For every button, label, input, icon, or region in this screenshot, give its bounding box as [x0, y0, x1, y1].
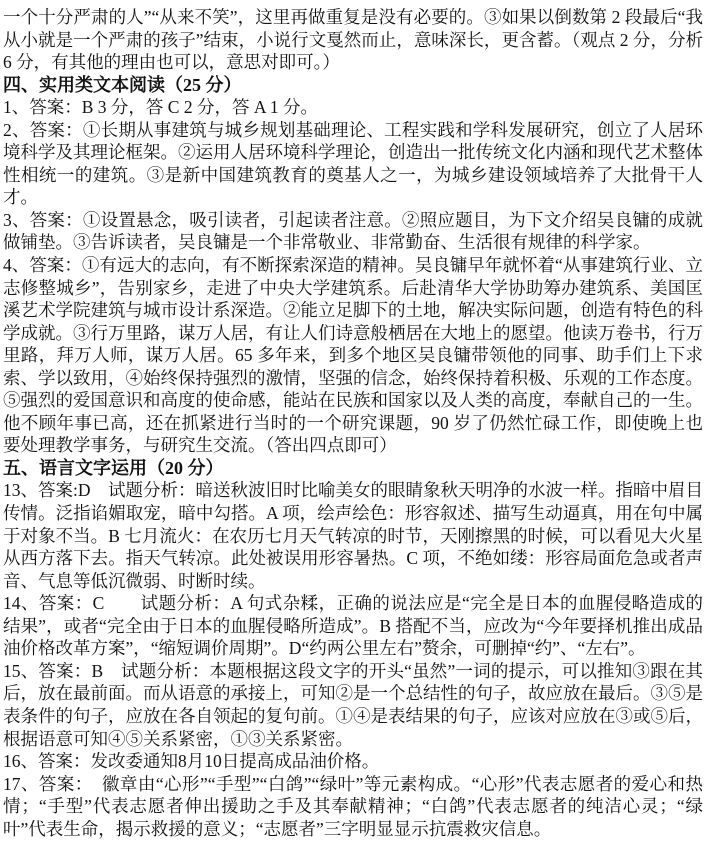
section-heading-practical-text-reading: 四、实用类文本阅读（25 分）: [3, 74, 703, 97]
answer-key-document: 一个十分严肃的人”“从来不笑”，这里再做重复是没有必要的。③如果以倒数第 2 段…: [0, 0, 706, 868]
answer-item-1: 1、答案：B 3 分，答 C 2 分，答 A 1 分。: [3, 96, 703, 119]
answer-item-3: 3、答案：①设置悬念，吸引读者，引起读者注意。②照应题目，为下文介绍吴良镛的成就…: [3, 209, 703, 254]
answer-item-15: 15、答案：B 试题分析：本题根据这段文字的开头“虽然”一词的提示，可以推知③跟…: [3, 660, 703, 750]
section-heading-language-use: 五、语言文字运用（20 分）: [3, 457, 703, 480]
answer-item-13: 13、答案:D 试题分析：暗送秋波旧时比喻美女的眼睛象秋天明净的水波一样。指暗中…: [3, 479, 703, 592]
answer-item-17: 17、答案： 徽章由“心形”“手型”“白鸽”“绿叶”等元素构成。“心形”代表志愿…: [3, 773, 703, 841]
answer-item-16: 16、答案：发改委通知8月10日提高成品油价格。: [3, 750, 703, 773]
answer-item-4: 4、答案：①有远大的志向，有不断探索深造的精神。吴良镛早年就怀着“从事建筑行业、…: [3, 254, 703, 457]
answer-item-2: 2、答案：①长期从事建筑与城乡规划基础理论、工程实践和学科发展研究，创立了人居环…: [3, 119, 703, 209]
continuation-paragraph: 一个十分严肃的人”“从来不笑”，这里再做重复是没有必要的。③如果以倒数第 2 段…: [3, 6, 703, 74]
answer-item-14: 14、答案：C 试题分析：A 句式杂糅，正确的说法应是“完全是日本的血腥侵略造成…: [3, 592, 703, 660]
